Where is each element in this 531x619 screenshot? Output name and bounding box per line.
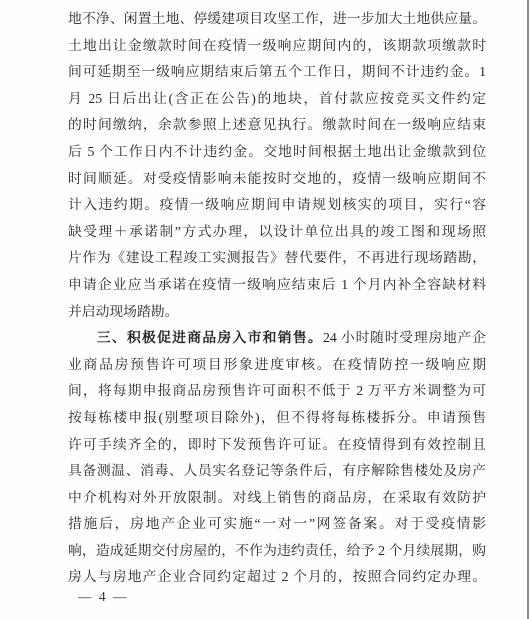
text-line: 业商品房预售许可项目形象进度审核。在疫情防控一级响应期 bbox=[68, 352, 486, 379]
text-line: 土地出让金缴款时间在疫情一级响应期间内的，该期款项缴款时 bbox=[68, 33, 486, 60]
text-line: 的时间缴纳，余款参照上述意见执行。缴款时间在一级响应结束 bbox=[68, 112, 486, 139]
text-line: 具备测温、消毒、人员实名登记等条件后，有序解除售楼处及房产 bbox=[68, 458, 486, 485]
text-line: 时间顺延。对受疫情影响未能按时交地的，疫情一级响应期间不 bbox=[68, 166, 486, 193]
document-page: 地不净、闲置土地、停缓建项目攻坚工作，进一步加大土地供应量。土地出让金缴款时间在… bbox=[0, 0, 531, 619]
text-line: 后 5 个工作日内不计违约金。交地时间根据土地出让金缴款到位 bbox=[68, 139, 486, 166]
text-line: 房人与房地产企业合同约定超过 2 个月的，按照合同约定办理。 bbox=[68, 564, 486, 591]
text-line: 三、积极促进商品房入市和销售。24 小时随时受理房地产企 bbox=[68, 325, 486, 352]
text-line: 月 25 日后出让(含正在公告)的地块，首付款应按竞买文件约定 bbox=[68, 86, 486, 113]
text-line: 措施后，房地产企业可实施“一对一”网签备案。对于受疫情影 bbox=[68, 511, 486, 538]
text-line: 并启动现场踏勘。 bbox=[68, 299, 486, 326]
text-line: 申请企业应当承诺在疫情一级响应结束后 1 个月内补全容缺材料 bbox=[68, 272, 486, 299]
text-line: 片作为《建设工程竣工实测报告》替代要件，不再进行现场踏勘， bbox=[68, 245, 486, 272]
text-line: 中介机构对外开放限制。对线上销售的商品房，在采取有效防护 bbox=[68, 485, 486, 512]
text-line: 按每栋楼申报(别墅项目除外)，但不得将每栋楼拆分。申请预售 bbox=[68, 405, 486, 432]
text-block: 地不净、闲置土地、停缓建项目攻坚工作，进一步加大土地供应量。土地出让金缴款时间在… bbox=[68, 6, 486, 591]
text-line: 缺受理＋承诺制”方式办理，以设计单位出具的竣工图和现场照 bbox=[68, 219, 486, 246]
text-line: 计入违约期。疫情一级响应期间申请规划核实的项目，实行“容 bbox=[68, 192, 486, 219]
text-line: 地不净、闲置土地、停缓建项目攻坚工作，进一步加大土地供应量。 bbox=[68, 6, 486, 33]
text-line: 许可手续齐全的，即时下发预售许可证。在疫情得到有效控制且 bbox=[68, 432, 486, 459]
text-line: 间，将每期申报商品房预售许可面积不低于 2 万平方米调整为可 bbox=[68, 378, 486, 405]
text-line: 响，造成延期交付房屋的，不作为违约责任，给予 2 个月续展期，购 bbox=[68, 538, 486, 565]
section-heading: 三、积极促进商品房入市和销售。 bbox=[96, 330, 323, 345]
page-number: — 4 — bbox=[78, 588, 129, 606]
paragraph-indent bbox=[68, 341, 96, 342]
text-line: 间可延期至一级响应期结束后第五个工作日，期间不计违约金。1 bbox=[68, 59, 486, 86]
scan-edge-line bbox=[527, 0, 529, 619]
